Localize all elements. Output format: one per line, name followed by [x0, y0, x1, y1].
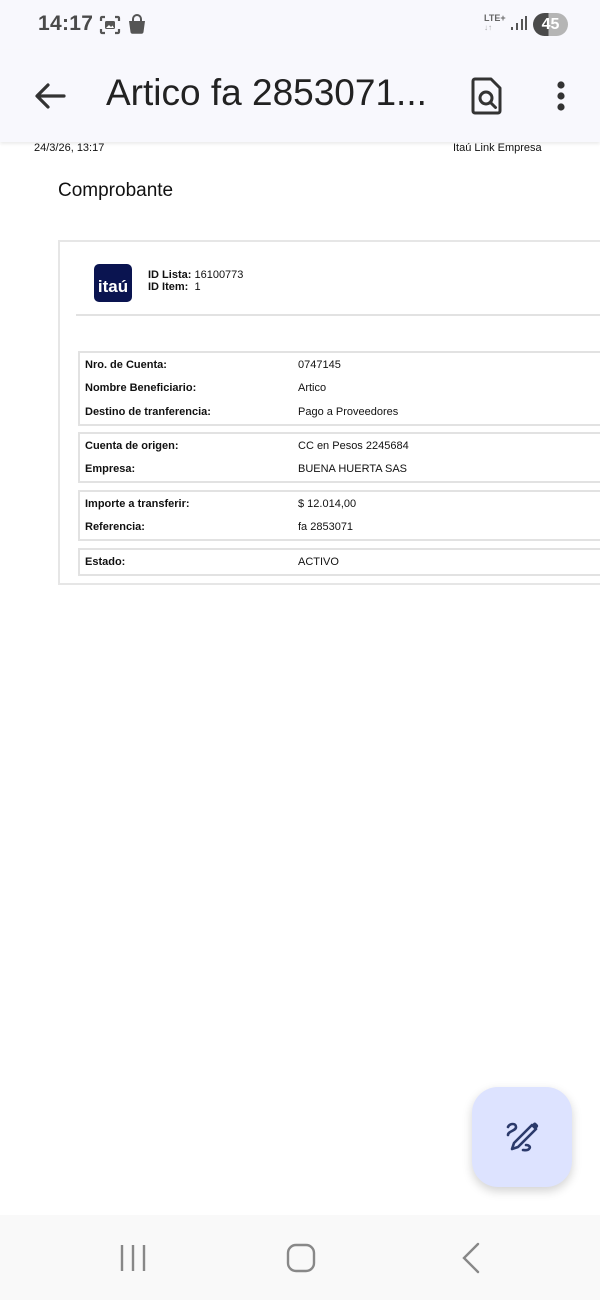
- status-group: Estado:ACTIVO: [78, 548, 600, 576]
- table-row: Estado:ACTIVO: [80, 550, 600, 574]
- system-nav-bar: [0, 1215, 600, 1300]
- table-row: Destino de tranferencia:Pago a Proveedor…: [80, 400, 600, 424]
- home-icon: [285, 1242, 317, 1274]
- status-value: ACTIVO: [298, 556, 600, 568]
- table-row: Nombre Beneficiario:Artico: [80, 377, 600, 401]
- divider: [76, 314, 600, 316]
- nav-back-button[interactable]: [448, 1237, 494, 1279]
- battery-icon: 45: [533, 13, 568, 36]
- status-time: 14:17: [38, 12, 93, 36]
- home-button[interactable]: [278, 1237, 324, 1279]
- draw-pen-icon: [504, 1119, 540, 1155]
- signal-icon: [510, 15, 528, 36]
- table-row: Importe a transferir:$ 12.014,00: [80, 492, 600, 516]
- more-vertical-icon: [557, 81, 565, 111]
- shopping-bag-icon: [127, 13, 147, 40]
- document-title: Artico fa 2853071...: [106, 72, 427, 114]
- origin-group: Cuenta de origen:CC en Pesos 2245684 Emp…: [78, 432, 600, 483]
- id-lista-value: 16100773: [194, 269, 243, 281]
- print-date: 24/3/26, 13:17: [34, 142, 104, 154]
- document-search-icon: [471, 77, 503, 115]
- recent-apps-icon: [118, 1243, 148, 1273]
- table-row: Cuenta de origen:CC en Pesos 2245684: [80, 434, 600, 458]
- screenshot-icon: [99, 15, 121, 40]
- annotate-button[interactable]: [472, 1087, 572, 1187]
- print-site: Itaú Link Empresa: [453, 142, 542, 154]
- app-bar: Artico fa 2853071...: [0, 50, 600, 142]
- search-document-button[interactable]: [464, 72, 510, 120]
- table-row: Nro. de Cuenta:0747145: [80, 353, 600, 377]
- more-options-button[interactable]: [544, 74, 578, 118]
- receipt-ids: ID Lista: 16100773 ID Item: 1: [148, 269, 243, 293]
- pdf-document[interactable]: 24/3/26, 13:17 Itaú Link Empresa Comprob…: [0, 142, 600, 1215]
- table-row: Referencia:fa 2853071: [80, 516, 600, 540]
- status-bar: 14:17 LTE+↓↑ 45: [0, 0, 600, 50]
- arrow-left-icon: [34, 82, 66, 110]
- document-heading: Comprobante: [58, 180, 173, 202]
- beneficiary-group: Nro. de Cuenta:0747145 Nombre Beneficiar…: [78, 351, 600, 426]
- back-icon: [461, 1242, 481, 1274]
- table-row: Empresa:BUENA HUERTA SAS: [80, 458, 600, 482]
- itau-logo: itaú: [94, 264, 132, 302]
- back-button[interactable]: [26, 74, 74, 118]
- recent-apps-button[interactable]: [110, 1237, 156, 1279]
- receipt-card: itaú ID Lista: 16100773 ID Item: 1 Nro. …: [58, 240, 600, 585]
- network-indicator: LTE+↓↑: [484, 14, 506, 32]
- id-item-value: 1: [194, 281, 200, 293]
- amount-group: Importe a transferir:$ 12.014,00 Referen…: [78, 490, 600, 541]
